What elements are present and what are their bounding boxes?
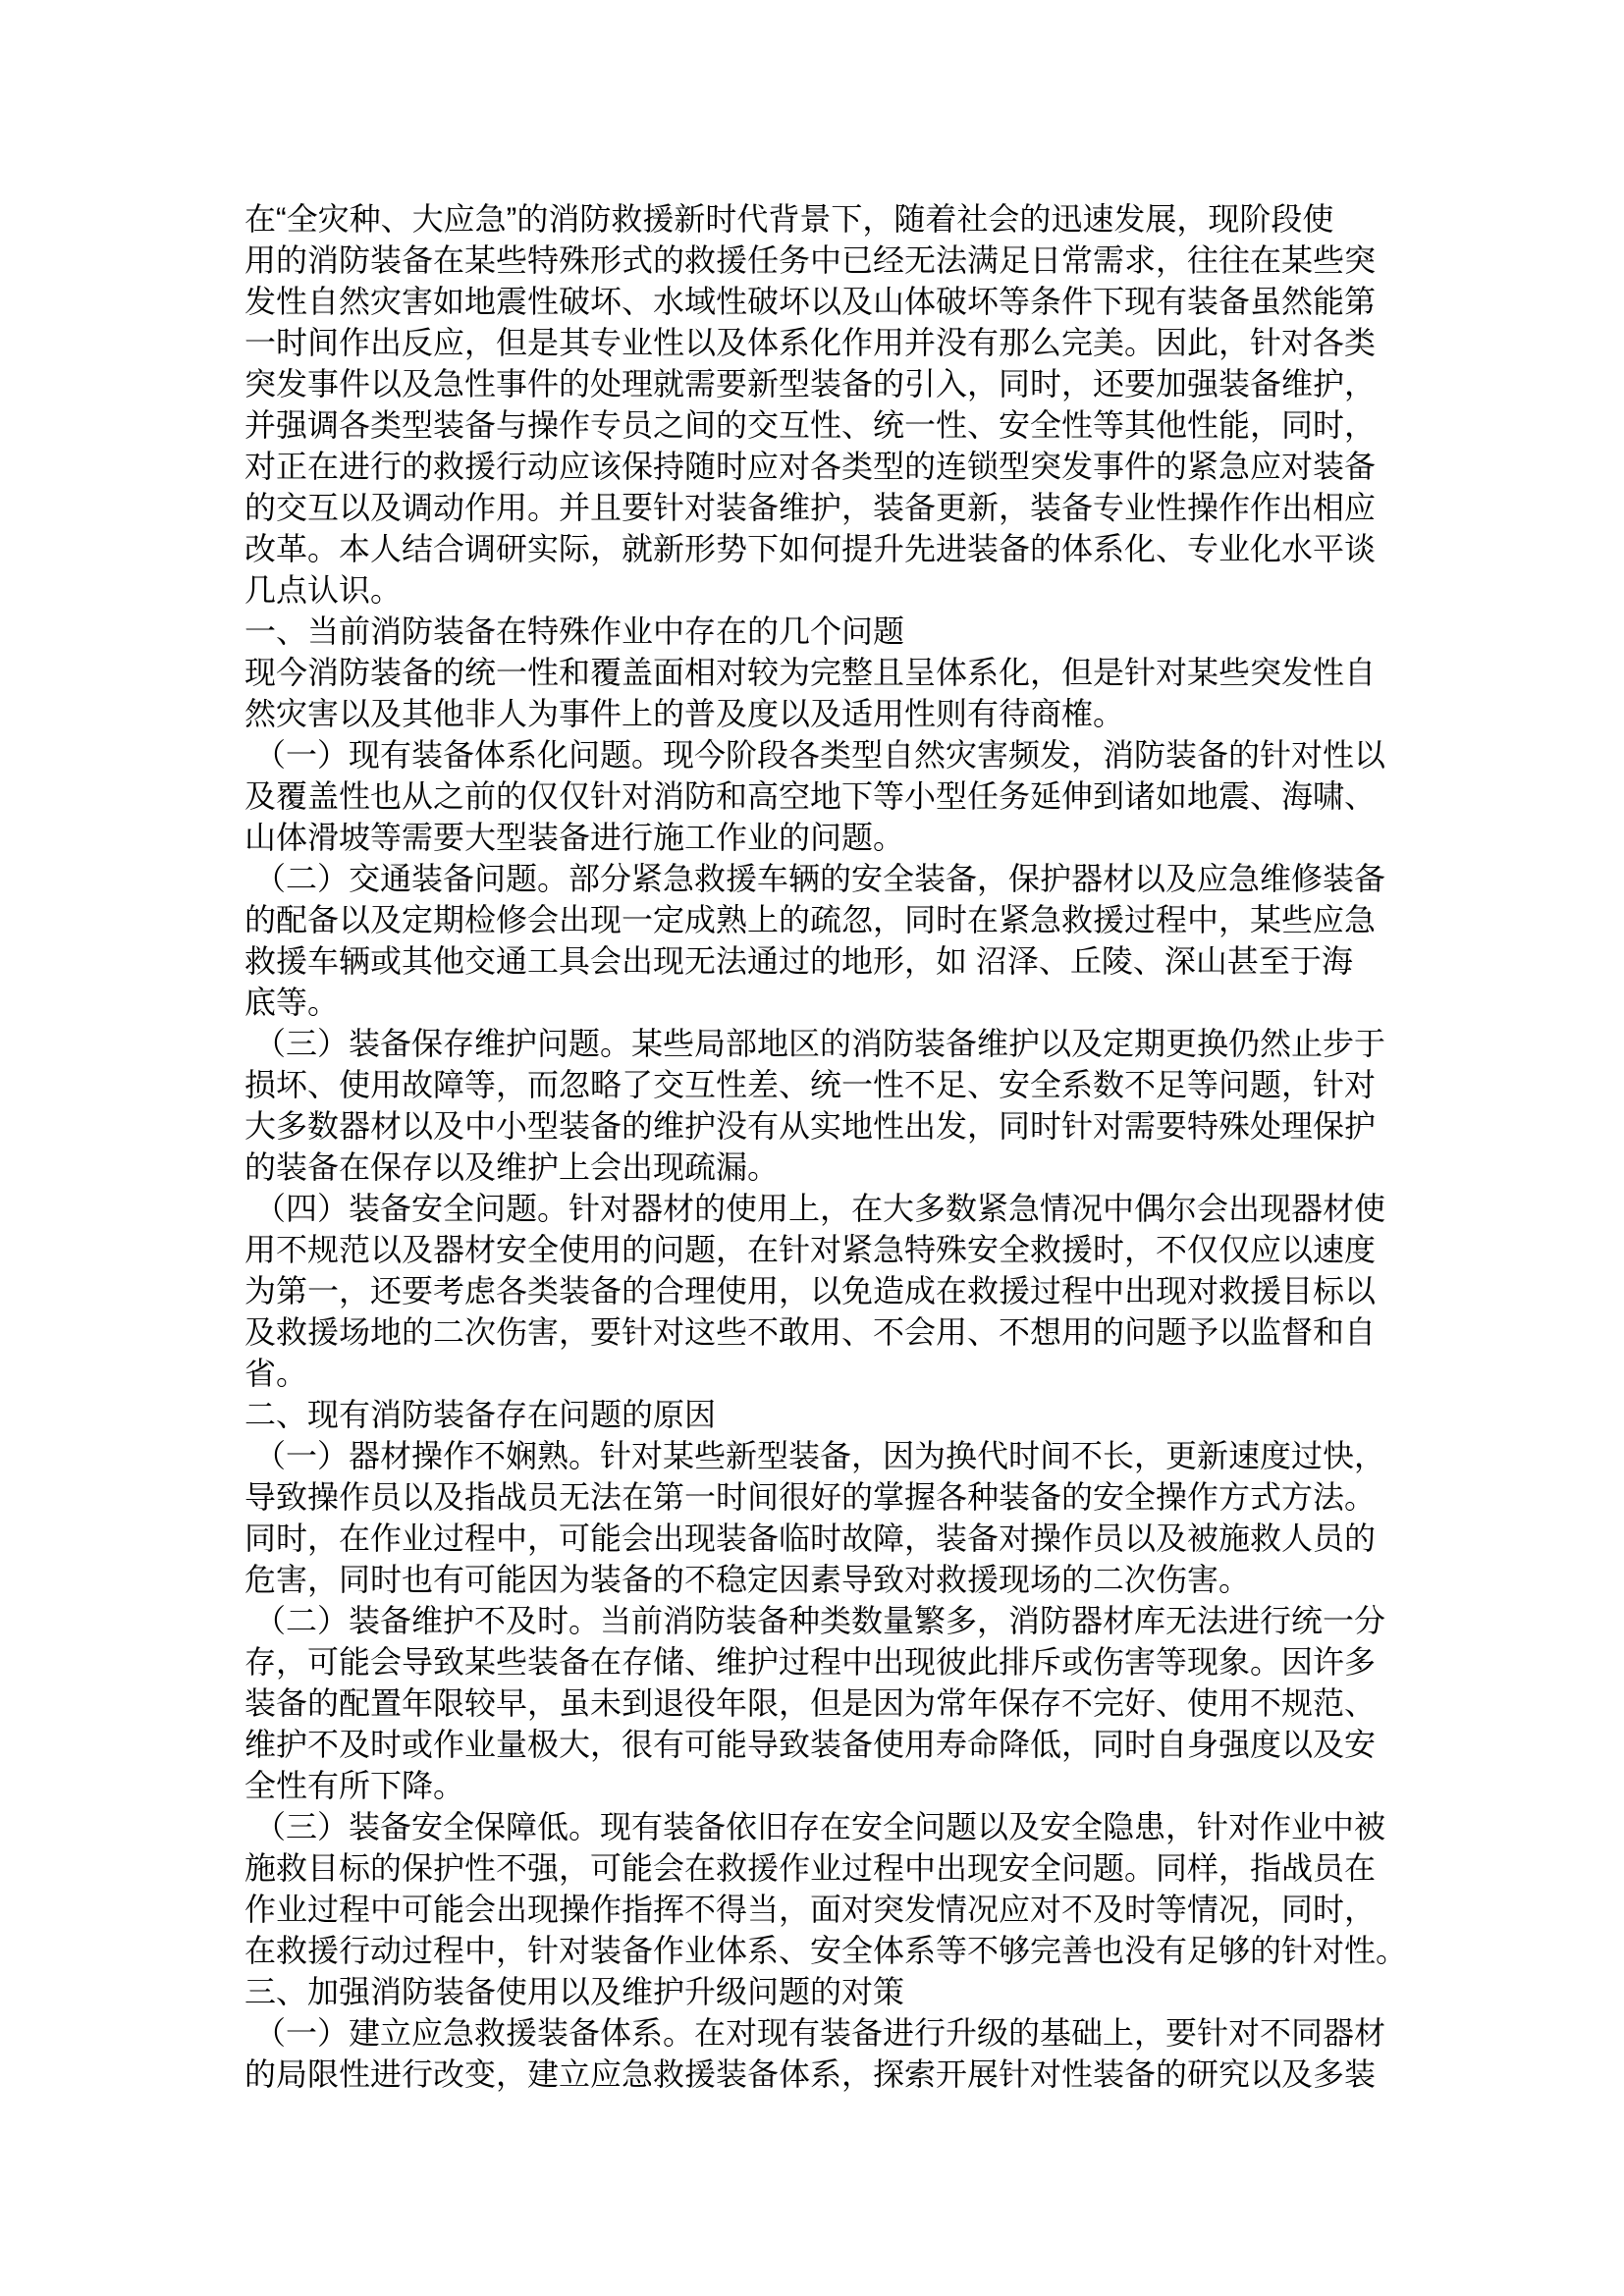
- text-line: 导致操作员以及指战员无法在第一时间很好的掌握各种装备的安全操作方式方法。: [244, 1476, 1472, 1518]
- text-line: 同时，在作业过程中，可能会出现装备临时故障，装备对操作员以及被施救人员的: [244, 1518, 1472, 1559]
- text-line: 大多数器材以及中小型装备的维护没有从实地性出发，同时针对需要特殊处理保护: [244, 1105, 1472, 1147]
- text-line: （一）建立应急救援装备体系。在对现有装备进行升级的基础上，要针对不同器材: [244, 2012, 1472, 2054]
- text-line: 突发事件以及急性事件的处理就需要新型装备的引入，同时，还要加强装备维护，: [244, 363, 1472, 404]
- text-line: （二）装备维护不及时。当前消防装备种类数量繁多，消防器材库无法进行统一分: [244, 1600, 1472, 1641]
- text-line: 用不规范以及器材安全使用的问题，在针对紧急特殊安全救援时，不仅仅应以速度: [244, 1229, 1472, 1270]
- text-line: 救援车辆或其他交通工具会出现无法通过的地形，如 沼泽、丘陵、深山甚至于海: [244, 940, 1472, 982]
- text-line: （二）交通装备问题。部分紧急救援车辆的安全装备，保护器材以及应急维修装备: [244, 858, 1472, 899]
- text-line: 在救援行动过程中，针对装备作业体系、安全体系等不够完善也没有足够的针对性。: [244, 1930, 1472, 1971]
- text-line: 维护不及时或作业量极大，很有可能导致装备使用寿命降低，同时自身强度以及安: [244, 1724, 1472, 1765]
- text-line: 危害，同时也有可能因为装备的不稳定因素导致对救援现场的二次伤害。: [244, 1559, 1472, 1600]
- text-line: 损坏、使用故障等，而忽略了交互性差、统一性不足、安全系数不足等问题，针对: [244, 1064, 1472, 1105]
- section-heading: 二、现有消防装备存在问题的原因: [244, 1394, 1472, 1435]
- text-line: 几点认识。: [244, 569, 1472, 611]
- section-heading: 一、当前消防装备在特殊作业中存在的几个问题: [244, 611, 1472, 652]
- text-line: （一）器材操作不娴熟。针对某些新型装备，因为换代时间不长，更新速度过快，: [244, 1435, 1472, 1476]
- text-line: 省。: [244, 1353, 1472, 1394]
- text-line: 然灾害以及其他非人为事件上的普及度以及适用性则有待商榷。: [244, 693, 1472, 734]
- text-line: （三）装备安全保障低。现有装备依旧存在安全问题以及安全隐患，针对作业中被: [244, 1806, 1472, 1847]
- text-line: 在“全灾种、大应急”的消防救援新时代背景下，随着社会的迅速发展，现阶段使: [244, 198, 1472, 240]
- document-page: 在“全灾种、大应急”的消防救援新时代背景下，随着社会的迅速发展，现阶段使用的消防…: [0, 0, 1624, 2296]
- text-line: 的配备以及定期检修会出现一定成熟上的疏忽，同时在紧急救援过程中，某些应急: [244, 899, 1472, 940]
- text-line: 的局限性进行改变，建立应急救援装备体系，探索开展针对性装备的研究以及多装: [244, 2054, 1472, 2095]
- text-line: 发性自然灾害如地震性破坏、水域性破坏以及山体破坏等条件下现有装备虽然能第: [244, 281, 1472, 322]
- text-line: 存，可能会导致某些装备在存储、维护过程中出现彼此排斥或伤害等现象。因许多: [244, 1641, 1472, 1682]
- text-line: 全性有所下降。: [244, 1765, 1472, 1806]
- text-line: 的装备在保存以及维护上会出现疏漏。: [244, 1147, 1472, 1188]
- text-line: 对正在进行的救援行动应该保持随时应对各类型的连锁型突发事件的紧急应对装备: [244, 446, 1472, 487]
- document-content: 在“全灾种、大应急”的消防救援新时代背景下，随着社会的迅速发展，现阶段使用的消防…: [244, 198, 1472, 2095]
- text-line: 作业过程中可能会出现操作指挥不得当，面对突发情况应对不及时等情况，同时，: [244, 1889, 1472, 1930]
- text-line: 及救援场地的二次伤害，要针对这些不敢用、不会用、不想用的问题予以监督和自: [244, 1311, 1472, 1353]
- text-line: 及覆盖性也从之前的仅仅针对消防和高空地下等小型任务延伸到诸如地震、海啸、: [244, 775, 1472, 817]
- text-line: （四）装备安全问题。针对器材的使用上，在大多数紧急情况中偶尔会出现器材使: [244, 1188, 1472, 1229]
- text-line: 并强调各类型装备与操作专员之间的交互性、统一性、安全性等其他性能，同时，: [244, 404, 1472, 446]
- text-line: 现今消防装备的统一性和覆盖面相对较为完整且呈体系化，但是针对某些突发性自: [244, 652, 1472, 693]
- text-line: （一）现有装备体系化问题。现今阶段各类型自然灾害频发，消防装备的针对性以: [244, 734, 1472, 775]
- text-line: 用的消防装备在某些特殊形式的救援任务中已经无法满足日常需求，往往在某些突: [244, 240, 1472, 281]
- text-line: 一时间作出反应，但是其专业性以及体系化作用并没有那么完美。因此，针对各类: [244, 322, 1472, 363]
- text-line: 的交互以及调动作用。并且要针对装备维护，装备更新，装备专业性操作作出相应: [244, 487, 1472, 528]
- text-line: 装备的配置年限较早，虽未到退役年限，但是因为常年保存不完好、使用不规范、: [244, 1682, 1472, 1724]
- text-line: 山体滑坡等需要大型装备进行施工作业的问题。: [244, 817, 1472, 858]
- text-line: 改革。本人结合调研实际，就新形势下如何提升先进装备的体系化、专业化水平谈: [244, 528, 1472, 569]
- text-line: 底等。: [244, 982, 1472, 1023]
- text-line: （三）装备保存维护问题。某些局部地区的消防装备维护以及定期更换仍然止步于: [244, 1023, 1472, 1064]
- text-line: 为第一，还要考虑各类装备的合理使用，以免造成在救援过程中出现对救援目标以: [244, 1270, 1472, 1311]
- text-line: 施救目标的保护性不强，可能会在救援作业过程中出现安全问题。同样，指战员在: [244, 1847, 1472, 1889]
- section-heading: 三、加强消防装备使用以及维护升级问题的对策: [244, 1971, 1472, 2012]
